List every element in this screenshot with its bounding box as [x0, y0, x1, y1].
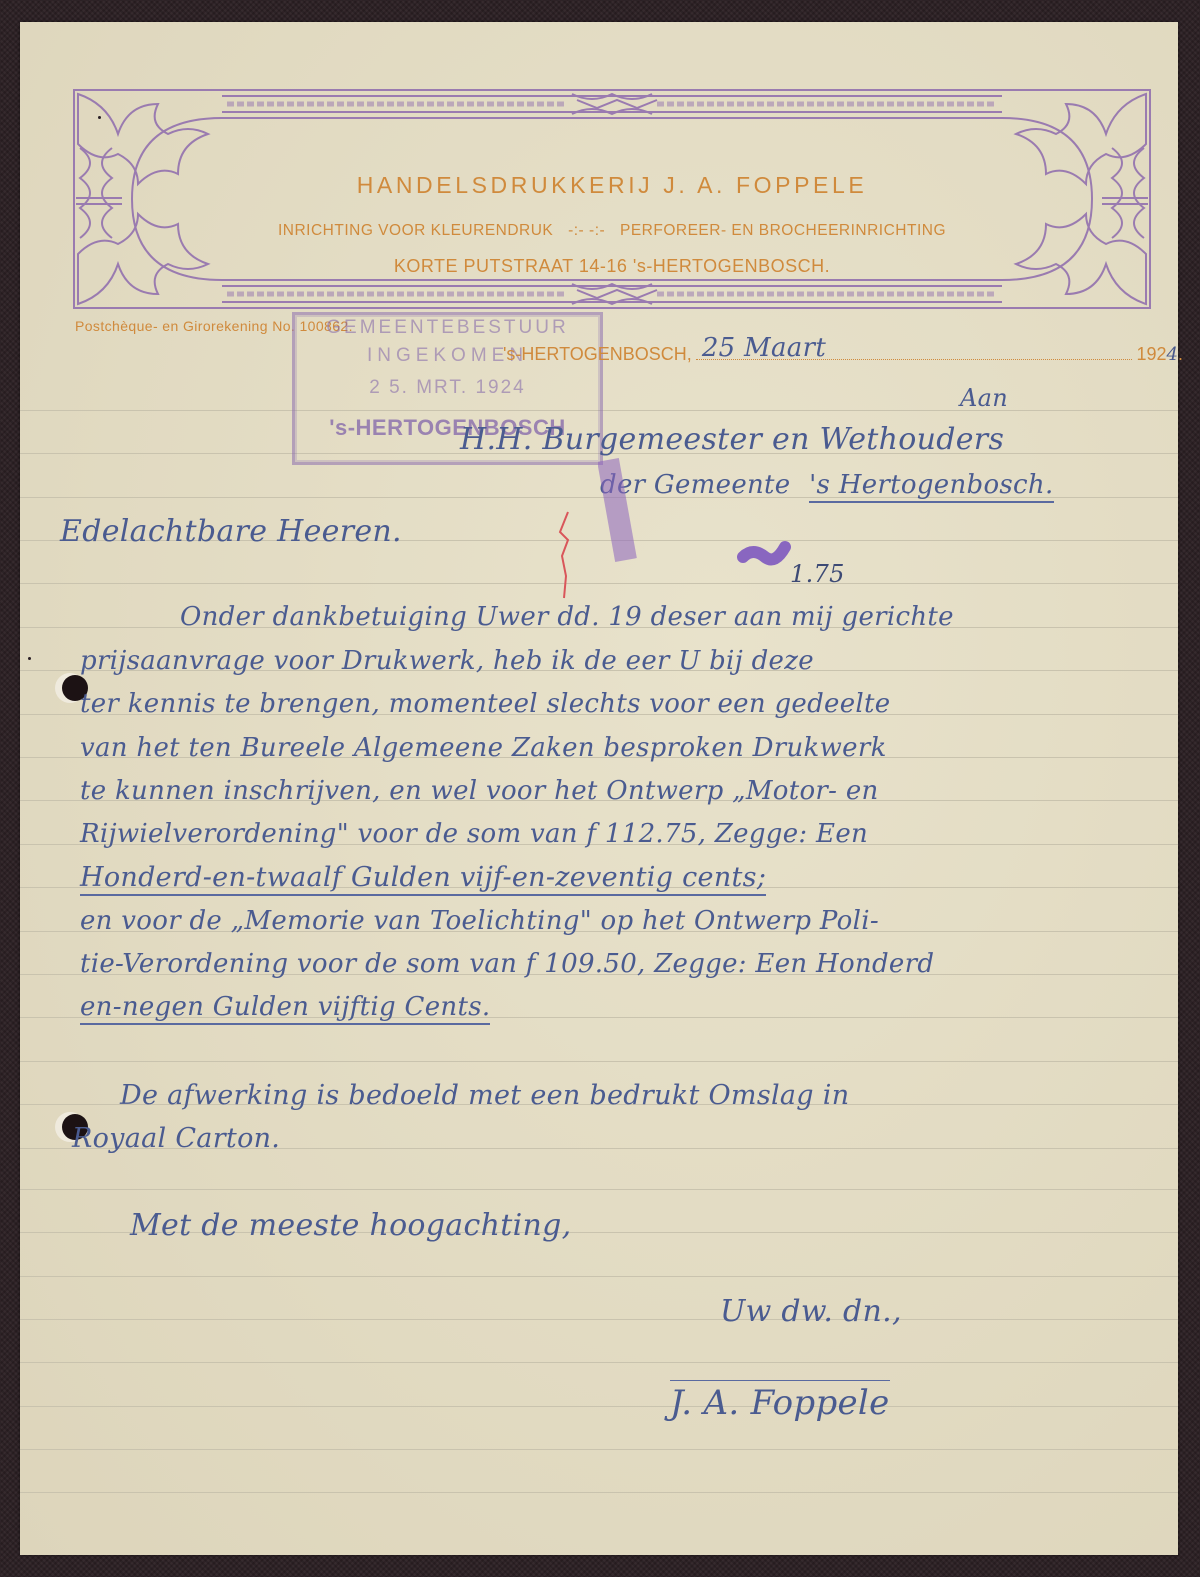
body-line: en-negen Gulden vijftig Cents.: [80, 992, 490, 1025]
body-line: van het ten Bureele Algemeene Zaken besp…: [80, 733, 887, 763]
service-color-printing: INRICHTING VOOR KLEURENDRUK: [278, 222, 553, 239]
body-line: te kunnen inschrijven, en wel voor het O…: [80, 776, 879, 806]
red-pencil-mark-icon: [550, 510, 580, 600]
body-line: Royaal Carton.: [72, 1123, 280, 1154]
date-handwritten: 25 Maart: [702, 333, 826, 363]
signature: J. A. Foppele: [670, 1380, 890, 1423]
body-line: De afwerking is bedoeld met een bedrukt …: [120, 1080, 849, 1111]
date-dotted-field: 25 Maart: [696, 359, 1133, 360]
year-period: .: [1178, 344, 1183, 365]
recipient-to: Aan: [960, 384, 1008, 412]
company-services: INRICHTING VOOR KLEURENDRUK -:- -:- PERF…: [72, 222, 1152, 240]
stamp-date: 2 5. MRT. 1924: [295, 377, 600, 399]
recipient-place: 's Hertogenbosch.: [809, 470, 1053, 503]
body-line: tie-Verordening voor de som van f 109.50…: [80, 949, 934, 979]
margin-annotation: 1.75: [790, 560, 845, 588]
body-line: prijsaanvrage voor Drukwerk, heb ik de e…: [80, 646, 814, 676]
dateline: 's-HERTOGENBOSCH, 25 Maart 1924.: [503, 344, 1183, 365]
letter-page: HANDELSDRUKKERIJ J. A. FOPPELE INRICHTIN…: [20, 22, 1178, 1555]
body-line: ter kennis te brengen, momenteel slechts…: [80, 689, 890, 719]
service-perforating-binding: PERFOREER- EN BROCHEERINRICHTING: [620, 222, 946, 239]
dateline-city: 's-HERTOGENBOSCH,: [503, 344, 692, 365]
ink-speck: [28, 657, 31, 660]
stamp-municipality: GEMEENTEBESTUUR: [295, 317, 600, 339]
salutation: Edelachtbare Heeren.: [60, 514, 402, 549]
body-line: Rijwielverordening" voor de som van f 11…: [80, 819, 868, 849]
separator: -:- -:-: [568, 222, 605, 239]
company-name: HANDELSDRUKKERIJ J. A. FOPPELE: [72, 172, 1152, 199]
body-line: Honderd-en-twaalf Gulden vijf-en-zeventi…: [80, 862, 766, 896]
body-line: en voor de „Memorie van Toelichting" op …: [80, 906, 879, 936]
body-line: Onder dankbetuiging Uwer dd. 19 deser aa…: [180, 602, 954, 632]
company-address: KORTE PUTSTRAAT 14-16 's-HERTOGENBOSCH.: [72, 256, 1152, 277]
letterhead-frame: HANDELSDRUKKERIJ J. A. FOPPELE INRICHTIN…: [72, 88, 1152, 310]
year-printed: 192: [1136, 344, 1166, 365]
closing-phrase: Met de meeste hoogachting,: [130, 1208, 571, 1243]
closing-servant: Uw dw. dn.,: [720, 1294, 902, 1329]
year-handwritten: 4: [1167, 344, 1178, 365]
